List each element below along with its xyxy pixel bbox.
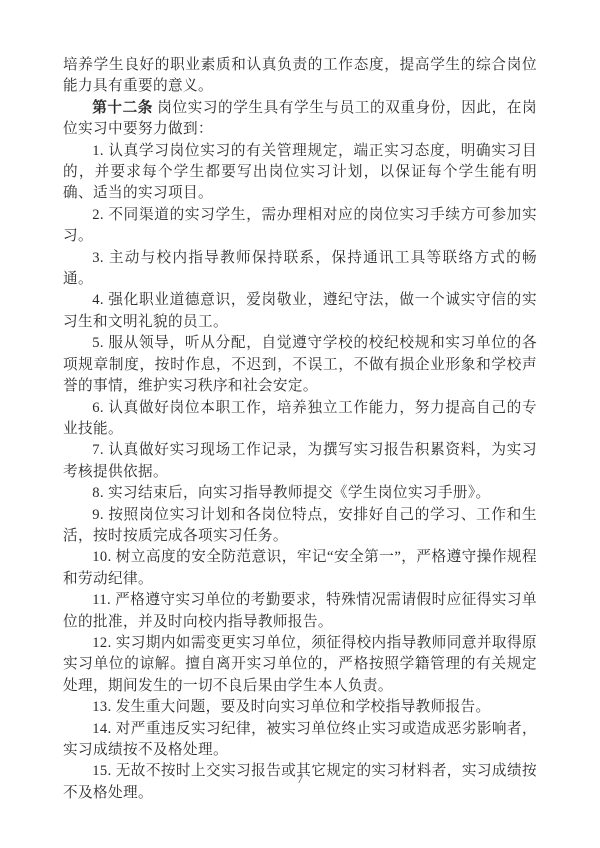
list-item-2: 2. 不同渠道的实习学生，需办理相对应的岗位实习手续方可参加实习。 bbox=[63, 205, 537, 248]
list-item-number: 1. bbox=[92, 143, 104, 159]
list-item-text: 认真做好实习现场工作记录，为撰写实习报告积累资料，为实习考核提供依据。 bbox=[63, 442, 537, 479]
list-item-number: 3. bbox=[92, 250, 104, 266]
list-item-text: 实习期内如需变更实习单位，须征得校内指导教师同意并取得原实习单位的谅解。擅自离开… bbox=[63, 635, 537, 694]
list-item-13: 13. 发生重大问题，要及时向实习单位和学校指导教师报告。 bbox=[63, 697, 537, 718]
list-item-text: 严格遵守实习单位的考勤要求，特殊情况需请假时应征得实习单位的批准，并及时向校内指… bbox=[63, 592, 537, 629]
list-item-9: 9. 按照岗位实习计划和各岗位特点，安排好自己的学习、工作和生活，按时按质完成各… bbox=[63, 505, 537, 548]
list-item-12: 12. 实习期内如需变更实习单位，须征得校内指导教师同意并取得原实习单位的谅解。… bbox=[63, 633, 537, 697]
page-number: 7 bbox=[297, 772, 303, 786]
list-item-8: 8. 实习结束后，向实习指导教师提交《学生岗位实习手册》。 bbox=[63, 483, 537, 504]
list-item-10: 10. 树立高度的安全防范意识，牢记“安全第一”，严格遵守操作规程和劳动纪律。 bbox=[63, 547, 537, 590]
list-item-4: 4. 强化职业道德意识，爱岗敬业，遵纪守法，做一个诚实守信的实习生和文明礼貌的员… bbox=[63, 290, 537, 333]
list-item-text: 发生重大问题，要及时向实习单位和学校指导教师报告。 bbox=[116, 699, 491, 715]
list-item-5: 5. 服从领导，听从分配，自觉遵守学校的校纪校规和实习单位的各项规章制度，按时作… bbox=[63, 333, 537, 397]
list-item-number: 13. bbox=[92, 699, 111, 715]
list-item-number: 9. bbox=[92, 507, 104, 523]
list-item-number: 5. bbox=[92, 335, 104, 351]
page-footer: 7 bbox=[0, 772, 600, 787]
list-item-14: 14. 对严重违反实习纪律，被实习单位终止实习或造成恶劣影响者，实习成绩按不及格… bbox=[63, 719, 537, 762]
list-item-text: 树立高度的安全防范意识，牢记“安全第一”，严格遵守操作规程和劳动纪律。 bbox=[63, 549, 537, 586]
list-item-text: 认真学习岗位实习的有关管理规定，端正实习态度，明确实习目的，并要求每个学生都要写… bbox=[63, 143, 537, 202]
list-item-number: 8. bbox=[92, 485, 104, 501]
list-item-number: 14. bbox=[92, 721, 111, 737]
list-item-text: 不同渠道的实习学生，需办理相对应的岗位实习手续方可参加实习。 bbox=[63, 207, 537, 244]
article-12-label: 第十二条 bbox=[92, 100, 153, 116]
list-item-number: 2. bbox=[92, 207, 104, 223]
list-item-number: 4. bbox=[92, 292, 104, 308]
list-item-text: 认真做好岗位本职工作，培养独立工作能力，努力提高自己的专业技能。 bbox=[63, 400, 537, 437]
list-item-3: 3. 主动与校内指导教师保持联系，保持通讯工具等联络方式的畅通。 bbox=[63, 248, 537, 291]
list-item-text: 对严重违反实习纪律，被实习单位终止实习或造成恶劣影响者，实习成绩按不及格处理。 bbox=[63, 721, 537, 758]
list-item-number: 7. bbox=[92, 442, 104, 458]
list-item-number: 12. bbox=[92, 635, 111, 651]
paragraph-continuation: 培养学生良好的职业素质和认真负责的工作态度，提高学生的综合岗位能力具有重要的意义… bbox=[63, 55, 537, 98]
list-item-text: 服从领导，听从分配，自觉遵守学校的校纪校规和实习单位的各项规章制度，按时作息，不… bbox=[63, 335, 537, 394]
list-item-11: 11. 严格遵守实习单位的考勤要求，特殊情况需请假时应征得实习单位的批准，并及时… bbox=[63, 590, 537, 633]
list-item-number: 6. bbox=[92, 400, 104, 416]
list-item-7: 7. 认真做好实习现场工作记录，为撰写实习报告积累资料，为实习考核提供依据。 bbox=[63, 440, 537, 483]
list-item-text: 按照岗位实习计划和各岗位特点，安排好自己的学习、工作和生活，按时按质完成各项实习… bbox=[63, 507, 537, 544]
list-item-text: 主动与校内指导教师保持联系，保持通讯工具等联络方式的畅通。 bbox=[63, 250, 537, 287]
list-item-number: 10. bbox=[92, 549, 111, 565]
list-item-text: 强化职业道德意识，爱岗敬业，遵纪守法，做一个诚实守信的实习生和文明礼貌的员工。 bbox=[63, 292, 537, 329]
list-item-number: 11. bbox=[92, 592, 111, 608]
list-item-text: 实习结束后，向实习指导教师提交《学生岗位实习手册》。 bbox=[108, 485, 491, 501]
list-item-1: 1. 认真学习岗位实习的有关管理规定，端正实习态度，明确实习目的，并要求每个学生… bbox=[63, 141, 537, 205]
list-item-6: 6. 认真做好岗位本职工作，培养独立工作能力，努力提高自己的专业技能。 bbox=[63, 398, 537, 441]
document-page: 培养学生良好的职业素质和认真负责的工作态度，提高学生的综合岗位能力具有重要的意义… bbox=[63, 55, 537, 804]
article-12-paragraph: 第十二条 岗位实习的学生具有学生与员工的双重身份，因此，在岗位实习中要努力做到： bbox=[63, 98, 537, 141]
